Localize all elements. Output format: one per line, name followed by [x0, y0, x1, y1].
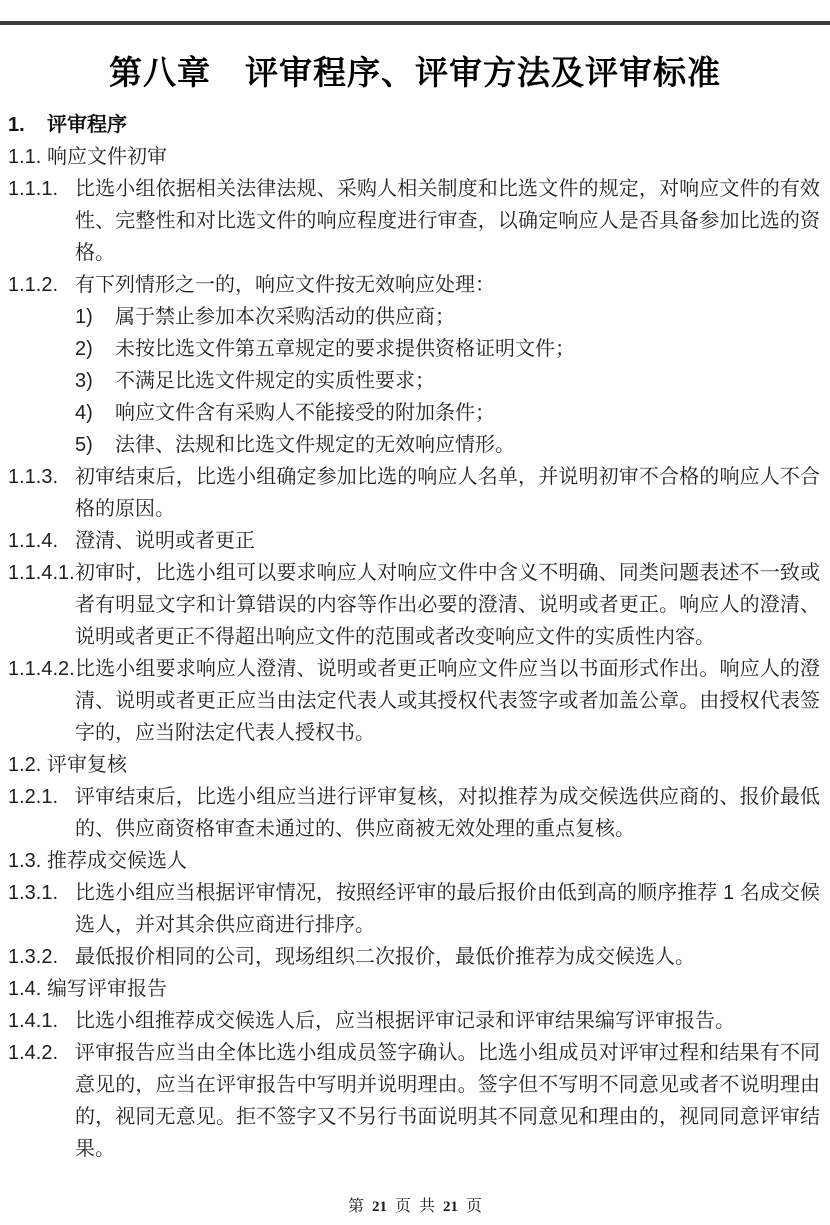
doc-paragraph: 1.2.评审复核 — [8, 749, 820, 781]
item-text: 评审结束后，比选小组应当进行评审复核，对拟推荐为成交候选供应商的、报价最低的、供… — [75, 786, 820, 840]
item-text: 推荐成交候选人 — [47, 850, 187, 872]
footer-label-unit1: 页 — [395, 1198, 411, 1215]
item-number: 1. — [8, 109, 25, 141]
item-text: 评审报告应当由全体比选小组成员签字确认。比选小组成员对评审过程和结果有不同意见的… — [75, 1042, 820, 1160]
item-text: 比选小组依据相关法律法规、采购人相关制度和比选文件的规定，对响应文件的有效性、完… — [75, 178, 820, 264]
item-text: 编写评审报告 — [47, 978, 167, 1000]
item-text: 不满足比选文件规定的实质性要求； — [115, 370, 435, 392]
item-number: 1.1. — [8, 141, 41, 173]
item-number: 1) — [75, 301, 93, 333]
page-footer: 第21页共21页 — [0, 1193, 830, 1216]
footer-total-pages: 21 — [443, 1199, 458, 1215]
item-text: 响应文件含有采购人不能接受的附加条件； — [115, 402, 495, 424]
doc-paragraph: 2)未按比选文件第五章规定的要求提供资格证明文件； — [8, 333, 820, 365]
doc-paragraph: 1.1.响应文件初审 — [8, 141, 820, 173]
item-number: 1.1.4.2. — [8, 653, 75, 685]
item-text: 未按比选文件第五章规定的要求提供资格证明文件； — [115, 338, 575, 360]
doc-paragraph: 1.3.2.最低报价相同的公司，现场组织二次报价，最低价推荐为成交候选人。 — [8, 941, 820, 973]
item-number: 1.3. — [8, 845, 41, 877]
item-number: 4) — [75, 397, 93, 429]
doc-paragraph: 4)响应文件含有采购人不能接受的附加条件； — [8, 397, 820, 429]
doc-body: 1.评审程序1.1.响应文件初审1.1.1.比选小组依据相关法律法规、采购人相关… — [0, 109, 830, 1165]
top-rule — [0, 21, 830, 25]
doc-paragraph: 1.4.编写评审报告 — [8, 973, 820, 1005]
item-number: 5) — [75, 429, 93, 461]
doc-paragraph: 1.4.1.比选小组推荐成交候选人后，应当根据评审记录和评审结果编写评审报告。 — [8, 1005, 820, 1037]
item-number: 1.1.4.1. — [8, 557, 75, 589]
item-number: 1.3.1. — [8, 877, 58, 909]
doc-paragraph: 5)法律、法规和比选文件规定的无效响应情形。 — [8, 429, 820, 461]
doc-paragraph: 1.1.4.澄清、说明或者更正 — [8, 525, 820, 557]
item-text: 比选小组应当根据评审情况，按照经评审的最后报价由低到高的顺序推荐 1 名成交候选… — [75, 882, 820, 936]
doc-paragraph: 1.3.1.比选小组应当根据评审情况，按照经评审的最后报价由低到高的顺序推荐 1… — [8, 877, 820, 941]
doc-paragraph: 1)属于禁止参加本次采购活动的供应商； — [8, 301, 820, 333]
doc-paragraph: 1.1.2.有下列情形之一的，响应文件按无效响应处理： — [8, 269, 820, 301]
item-text: 比选小组推荐成交候选人后，应当根据评审记录和评审结果编写评审报告。 — [75, 1010, 735, 1032]
item-text: 澄清、说明或者更正 — [75, 530, 255, 552]
doc-paragraph: 1.1.4.1.初审时，比选小组可以要求响应人对响应文件中含义不明确、同类问题表… — [8, 557, 820, 653]
item-number: 1.3.2. — [8, 941, 58, 973]
doc-paragraph: 1.2.1.评审结束后，比选小组应当进行评审复核，对拟推荐为成交候选供应商的、报… — [8, 781, 820, 845]
item-text: 比选小组要求响应人澄清、说明或者更正响应文件应当以书面形式作出。响应人的澄清、说… — [75, 658, 820, 744]
footer-label-conjunction: 共 — [419, 1198, 435, 1215]
item-number: 3) — [75, 365, 93, 397]
item-number: 2) — [75, 333, 93, 365]
doc-paragraph: 1.4.2.评审报告应当由全体比选小组成员签字确认。比选小组成员对评审过程和结果… — [8, 1037, 820, 1165]
item-number: 1.2. — [8, 749, 41, 781]
item-text: 初审结束后，比选小组确定参加比选的响应人名单，并说明初审不合格的响应人不合格的原… — [75, 466, 820, 520]
document-page: 第八章 评审程序、评审方法及评审标准 1.评审程序1.1.响应文件初审1.1.1… — [0, 0, 830, 1225]
doc-paragraph: 1.3.推荐成交候选人 — [8, 845, 820, 877]
doc-paragraph: 1.1.3.初审结束后，比选小组确定参加比选的响应人名单，并说明初审不合格的响应… — [8, 461, 820, 525]
item-number: 1.1.1. — [8, 173, 58, 205]
item-text: 评审程序 — [47, 114, 127, 136]
page-title: 第八章 评审程序、评审方法及评审标准 — [0, 0, 830, 92]
doc-paragraph: 1.1.1.比选小组依据相关法律法规、采购人相关制度和比选文件的规定，对响应文件… — [8, 173, 820, 269]
item-text: 评审复核 — [47, 754, 127, 776]
footer-label-unit2: 页 — [466, 1198, 482, 1215]
item-text: 响应文件初审 — [47, 146, 167, 168]
item-number: 1.2.1. — [8, 781, 58, 813]
item-text: 最低报价相同的公司，现场组织二次报价，最低价推荐为成交候选人。 — [75, 946, 695, 968]
footer-current-page: 21 — [372, 1199, 387, 1215]
footer-label-prefix: 第 — [348, 1198, 364, 1215]
item-number: 1.1.2. — [8, 269, 58, 301]
doc-paragraph: 3)不满足比选文件规定的实质性要求； — [8, 365, 820, 397]
item-number: 1.4.1. — [8, 1005, 58, 1037]
doc-paragraph: 1.评审程序 — [8, 109, 820, 141]
item-text: 属于禁止参加本次采购活动的供应商； — [115, 306, 455, 328]
item-number: 1.1.4. — [8, 525, 58, 557]
item-number: 1.4.2. — [8, 1037, 58, 1069]
item-text: 初审时，比选小组可以要求响应人对响应文件中含义不明确、同类问题表述不一致或者有明… — [75, 562, 820, 648]
item-text: 有下列情形之一的，响应文件按无效响应处理： — [75, 274, 495, 296]
doc-paragraph: 1.1.4.2.比选小组要求响应人澄清、说明或者更正响应文件应当以书面形式作出。… — [8, 653, 820, 749]
item-text: 法律、法规和比选文件规定的无效响应情形。 — [115, 434, 515, 456]
item-number: 1.4. — [8, 973, 41, 1005]
item-number: 1.1.3. — [8, 461, 58, 493]
